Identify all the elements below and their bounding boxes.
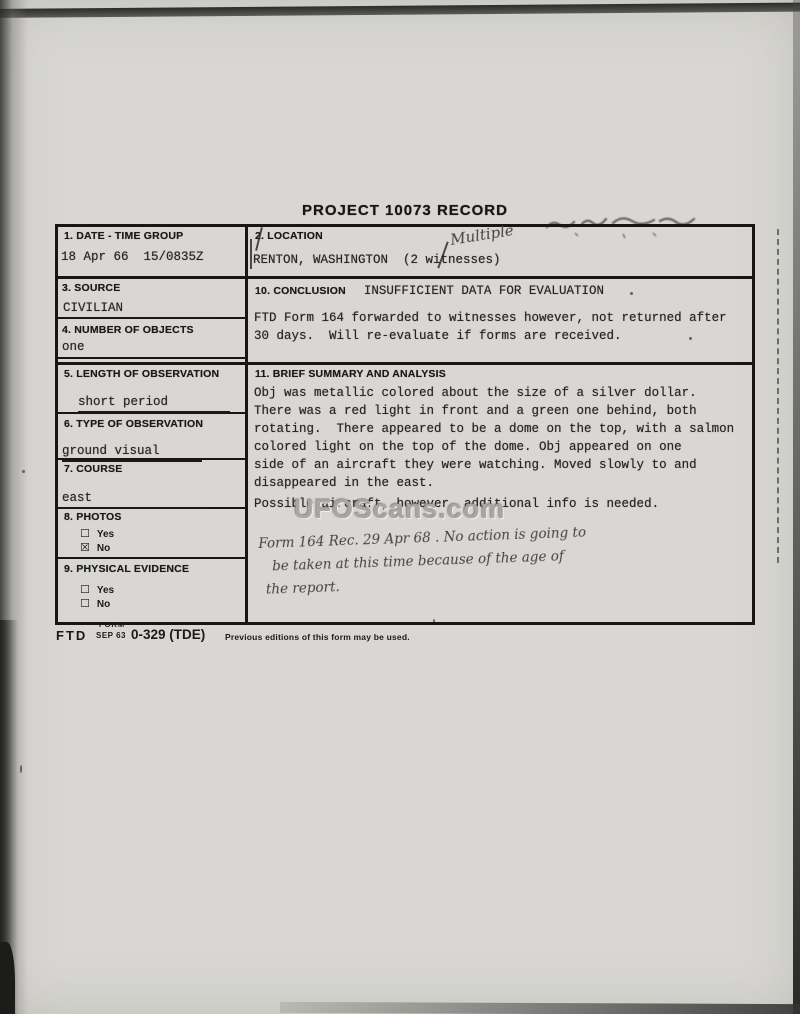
scan-artifact-top-edge: [0, 2, 800, 18]
table-divider-objects: [58, 357, 245, 359]
field-value-number-of-objects: one: [62, 338, 85, 356]
pencil-tick-location: [250, 239, 252, 269]
watermark: UFOScans.com: [294, 494, 506, 525]
field-label-conclusion: 10. CONCLUSION: [255, 285, 346, 297]
field-label-type-of-observation: 6. TYPE OF OBSERVATION: [64, 418, 203, 430]
field-value-type-of-observation: ground visual: [62, 442, 202, 462]
footer-form-number: 0-329 (TDE): [131, 627, 205, 642]
checkbox-checked-icon: ☒: [80, 542, 90, 554]
field-value-length-of-observation: short period: [78, 393, 230, 413]
footer-form-word: FORM: [99, 620, 125, 629]
table-divider-photos: [58, 557, 245, 559]
conclusion-header-row: 10. CONCLUSION INSUFFICIENT DATA FOR EVA…: [255, 282, 604, 300]
checkbox-label: No: [97, 599, 110, 610]
field-label-location: 2. LOCATION: [255, 230, 323, 242]
scanned-document-page: PROJECT 10073 RECORD 1. DATE - TIME GROU…: [0, 0, 800, 1014]
scan-speck: [20, 765, 22, 773]
field-label-brief-summary: 11. BRIEF SUMMARY AND ANALYSIS: [255, 368, 446, 380]
scan-artifact-margin-line: [777, 229, 779, 563]
photos-no-checkbox-row: ☒ No: [80, 542, 110, 554]
field-value-course: east: [62, 489, 204, 509]
field-label-length-of-observation: 5. LENGTH OF OBSERVATION: [64, 368, 219, 380]
field-value-location: RENTON, WASHINGTON (2 witnesses): [253, 251, 501, 269]
table-divider-row1: [58, 276, 752, 279]
summary-body: Obj was metallic colored about the size …: [254, 384, 756, 492]
field-value-date-time-group: 18 Apr 66 15/0835Z: [61, 248, 204, 266]
conclusion-heading: INSUFFICIENT DATA FOR EVALUATION: [364, 282, 604, 300]
evidence-no-checkbox-row: ☐ No: [80, 598, 110, 610]
table-divider-mid: [58, 362, 752, 365]
field-label-source: 3. SOURCE: [62, 282, 120, 294]
footer-form-date: SEP 63: [96, 631, 126, 640]
field-label-photos: 8. PHOTOS: [64, 511, 122, 523]
scan-artifact-right-edge: [793, 0, 800, 1014]
scan-artifact-bottom-edge: [280, 1002, 800, 1014]
field-label-physical-evidence: 9. PHYSICAL EVIDENCE: [64, 563, 189, 575]
checkbox-icon: ☐: [80, 598, 90, 610]
handwritten-followup-note: Form 164 Rec. 29 Apr 68 . No action is g…: [258, 522, 588, 602]
scan-speck: [22, 470, 25, 473]
checkbox-icon: ☐: [80, 584, 90, 596]
field-label-date-time-group: 1. DATE - TIME GROUP: [64, 230, 183, 242]
checkbox-label: Yes: [97, 585, 114, 596]
checkbox-icon: ☐: [80, 528, 90, 540]
handwritten-multiple-annotation: Multiple: [449, 221, 515, 249]
footer-previous-editions-note: Previous editions of this form may be us…: [225, 632, 410, 642]
conclusion-body: FTD Form 164 forwarded to witnesses howe…: [254, 309, 754, 345]
record-form-table: 1. DATE - TIME GROUP 18 Apr 66 15/0835Z …: [55, 224, 755, 625]
footer-agency: FTD: [56, 628, 87, 643]
table-divider-vertical: [245, 227, 248, 622]
checkbox-label: No: [97, 543, 110, 554]
field-value-source: CIVILIAN: [63, 299, 215, 319]
photos-yes-checkbox-row: ☐ Yes: [80, 528, 114, 540]
field-label-course: 7. COURSE: [64, 463, 122, 475]
evidence-yes-checkbox-row: ☐ Yes: [80, 584, 114, 596]
field-label-number-of-objects: 4. NUMBER OF OBJECTS: [62, 324, 194, 336]
checkbox-label: Yes: [97, 529, 114, 540]
